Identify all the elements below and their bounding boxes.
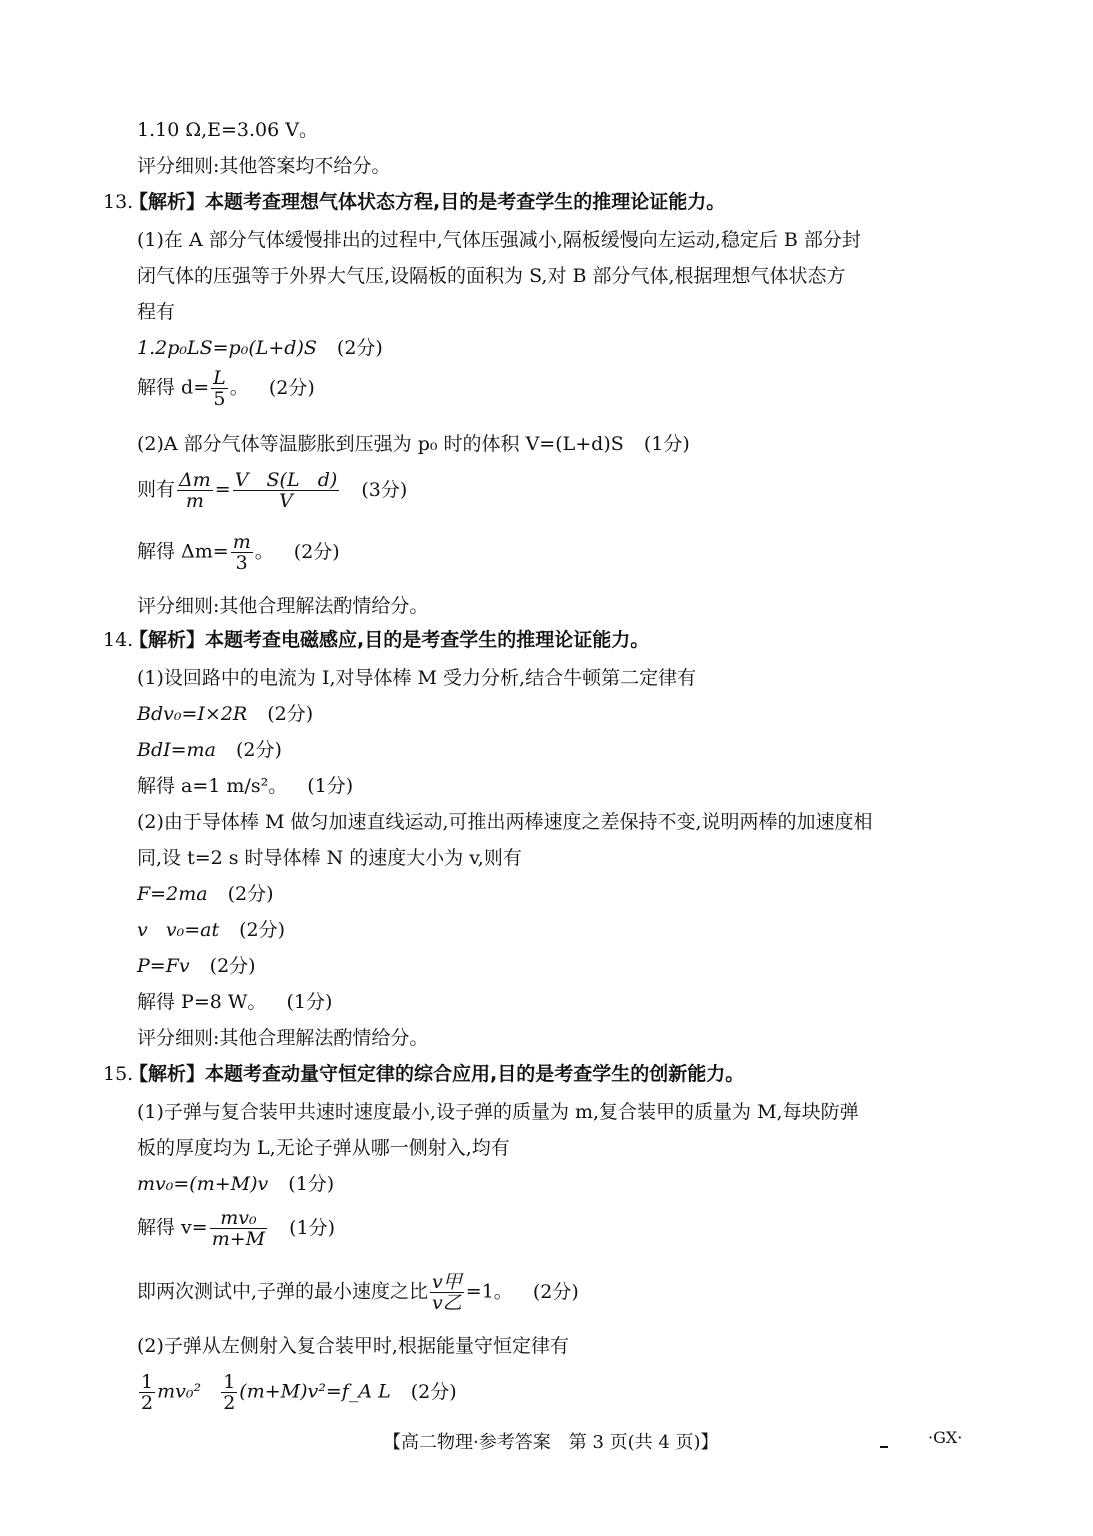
q14-eq4-score: (2分) [228,883,274,905]
q13-eq3: 则有Δmm=V S(L d)V (3分) [137,470,407,511]
fraction: Δmm [177,470,213,511]
q15-eq3: 即两次测试中,子弹的最小速度之比v甲v乙=1。 (2分) [137,1272,579,1313]
q13-p2: (2)A 部分气体等温膨胀到压强为 p₀ 时的体积 V=(L+d)S (1分) [137,432,690,456]
q15-eq4: 12mv₀² 12(m+M)v²=f_A L (2分) [137,1372,457,1413]
denominator: 3 [231,553,253,573]
q15-eq4-rest: (m+M)v²=f_A L [239,1381,390,1403]
q15-eq4-score: (2分) [411,1381,457,1403]
q14-p1: (1)设回路中的电流为 I,对导体棒 M 受力分析,结合牛顿第二定律有 [137,666,696,690]
q13-eq2-suffix: 。 [230,377,249,399]
q13-scoring-rule: 评分细则:其他合理解法酌情给分。 [137,594,428,618]
q13-eq4: 解得 Δm=m3。 (2分) [137,532,340,573]
q13-eq1-formula: 1.2p₀LS=p₀(L+d)S [137,337,317,359]
q14-eq5-score: (2分) [239,919,285,941]
fraction: mv₀m+M [210,1208,267,1249]
footer-dash [880,1446,888,1448]
q14-eq2-score: (2分) [236,739,282,761]
q13-eq4-suffix: 。 [255,541,274,563]
q13-p1-line3: 程有 [137,300,175,324]
numerator: 1 [221,1372,237,1393]
q14-eq2-formula: BdI=ma [137,739,216,761]
numerator: L [211,368,228,389]
denominator: m [177,491,213,511]
q15-heading: 【解析】本题考查动量守恒定律的综合应用,目的是考查学生的创新能力。 [129,1062,744,1086]
q15-p2: (2)子弹从左侧射入复合装甲时,根据能量守恒定律有 [137,1334,569,1358]
numerator: Δm [177,470,213,491]
prev-scoring-rule: 评分细则:其他答案均不给分。 [137,154,390,178]
q14-eq7: 解得 P=8 W。 (1分) [137,990,332,1014]
q15-eq1-score: (1分) [288,1173,334,1195]
q14-eq2: BdI=ma (2分) [137,738,282,762]
q14-eq1-score: (2分) [267,703,313,725]
q14-eq3: 解得 a=1 m/s²。 (1分) [137,774,353,798]
q13-p1-line1: (1)在 A 部分气体缓慢排出的过程中,气体压强减小,隔板缓慢向左运动,稳定后 … [137,228,861,252]
denominator: 2 [139,1393,155,1413]
q15-p1-line2: 板的厚度均为 L,无论子弹从哪一侧射入,均有 [137,1136,510,1160]
q14-eq3-formula: 解得 a=1 m/s²。 [137,775,287,797]
fraction: 12 [139,1372,155,1413]
q14-eq5: v v₀=at (2分) [137,918,285,942]
q15-eq3-score: (2分) [533,1281,579,1303]
q15-eq4-mid: mv₀² [157,1381,219,1403]
fraction: v甲v乙 [430,1272,464,1313]
q13-eq3-prefix: 则有 [137,479,175,501]
q15-eq1: mv₀=(m+M)v (1分) [137,1172,334,1196]
q14-eq4: F=2ma (2分) [137,882,274,906]
q13-eq2: 解得 d=L5。 (2分) [137,368,315,409]
page-footer: 【高二物理·参考答案 第 3 页(共 4 页)】 [383,1428,719,1454]
q15-eq1-formula: mv₀=(m+M)v [137,1173,268,1195]
q14-eq1: Bdv₀=I×2R (2分) [137,702,313,726]
fraction: L5 [211,368,228,409]
q14-eq1-formula: Bdv₀=I×2R [137,703,247,725]
q13-p2-text: (2)A 部分气体等温膨胀到压强为 p₀ 时的体积 V=(L+d)S [137,433,624,455]
q13-eq1-score: (2分) [337,337,383,359]
prev-result: 1.10 Ω,E=3.06 V。 [137,118,318,142]
q15-eq2: 解得 v=mv₀m+M (1分) [137,1208,335,1249]
footer-mark: ·GX· [928,1428,962,1447]
q13-eq4-score: (2分) [294,541,340,563]
q14-eq6-score: (2分) [210,955,256,977]
numerator: m [231,532,253,553]
numerator: V S(L d) [233,470,340,491]
q14-p2-line1: (2)由于导体棒 M 做匀加速直线运动,可推出两棒速度之差保持不变,说明两棒的加… [137,810,873,834]
denominator: 2 [221,1393,237,1413]
q14-eq6: P=Fv (2分) [137,954,256,978]
q13-eq2-prefix: 解得 d= [137,377,209,399]
q15-p1-line1: (1)子弹与复合装甲共速时速度最小,设子弹的质量为 m,复合装甲的质量为 M,每… [137,1100,859,1124]
numerator: mv₀ [210,1208,267,1229]
q14-scoring-rule: 评分细则:其他合理解法酌情给分。 [137,1026,428,1050]
q15-eq3-prefix: 即两次测试中,子弹的最小速度之比 [137,1281,428,1303]
q14-eq7-formula: 解得 P=8 W。 [137,991,266,1013]
q14-p2-line2: 同,设 t=2 s 时导体棒 N 的速度大小为 v,则有 [137,846,522,870]
denominator: V [233,491,340,511]
q14-eq7-score: (1分) [286,991,332,1013]
fraction: V S(L d)V [233,470,340,511]
q14-eq4-formula: F=2ma [137,883,208,905]
fraction: 12 [221,1372,237,1413]
q15-eq2-score: (1分) [289,1217,335,1239]
q13-eq1: 1.2p₀LS=p₀(L+d)S (2分) [137,336,383,360]
fraction: m3 [231,532,253,573]
q14-eq3-score: (1分) [307,775,353,797]
numerator: 1 [139,1372,155,1393]
denominator: 5 [211,389,228,409]
q14-heading: 【解析】本题考查电磁感应,目的是考查学生的推理论证能力。 [129,628,649,652]
q14-eq5-formula: v v₀=at [137,919,219,941]
q13-eq3-score: (3分) [361,479,407,501]
q14-eq6-formula: P=Fv [137,955,190,977]
q13-heading: 【解析】本题考查理想气体状态方程,目的是考查学生的推理论证能力。 [129,190,725,214]
q13-eq2-score: (2分) [269,377,315,399]
q15-eq3-suffix: =1。 [466,1281,513,1303]
q15-eq2-prefix: 解得 v= [137,1217,208,1239]
q13-p1-line2: 闭气体的压强等于外界大气压,设隔板的面积为 S,对 B 部分气体,根据理想气体状… [137,264,846,288]
q13-eq4-prefix: 解得 Δm= [137,541,229,563]
numerator: v甲 [430,1272,464,1293]
denominator: m+M [210,1229,267,1249]
denominator: v乙 [430,1293,464,1313]
q13-p2-score: (1分) [644,433,690,455]
